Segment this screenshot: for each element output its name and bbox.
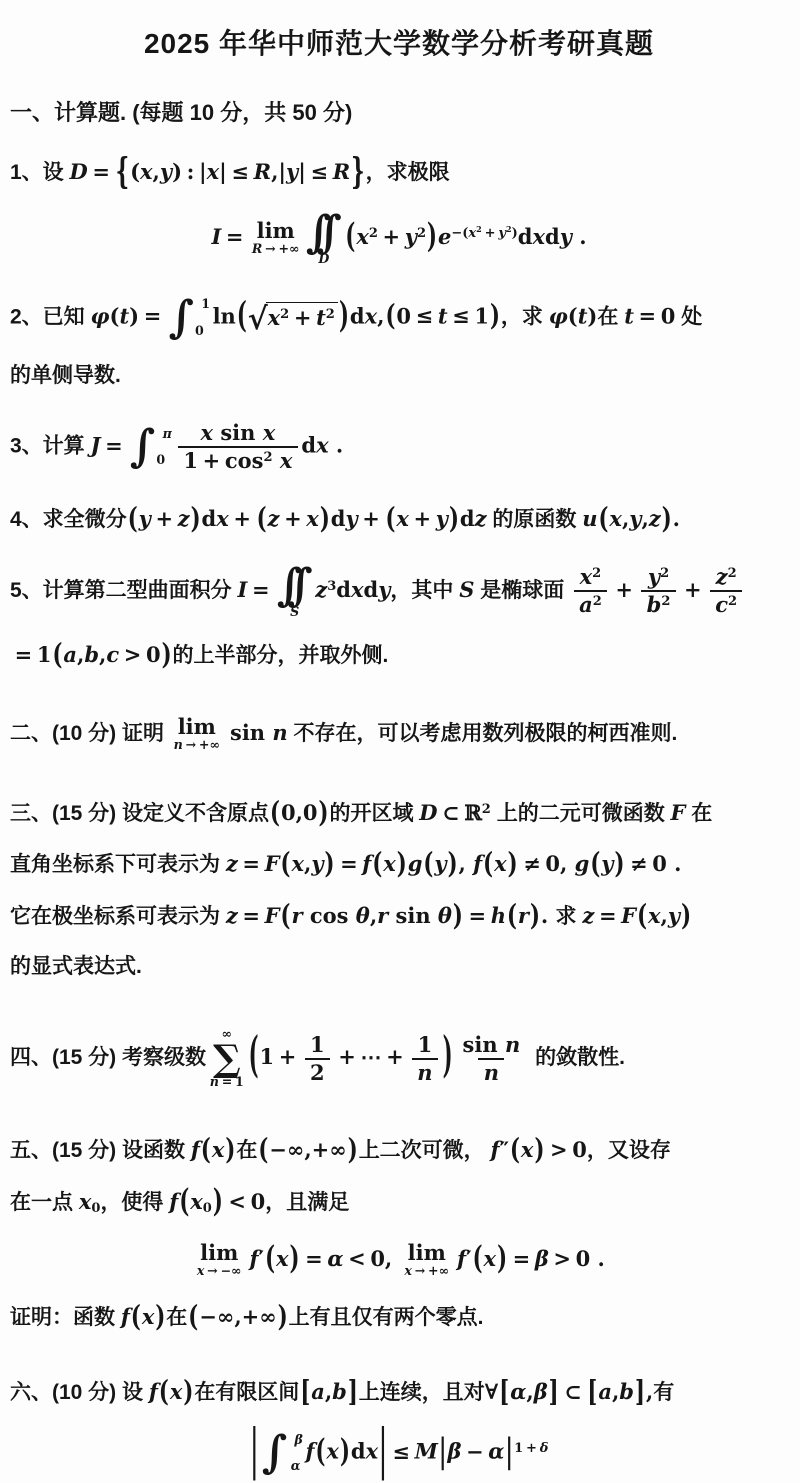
math-variable: α — [488, 1439, 504, 1464]
math-variable: f — [491, 1137, 500, 1162]
math-variable: x — [396, 506, 409, 531]
fraction: y2b2 — [641, 564, 675, 618]
big-delimiter: } — [351, 147, 365, 195]
limits-construct: ∞∑n=1 — [210, 1027, 244, 1090]
math-variable: n — [210, 1074, 219, 1089]
limits-construct: limx→+∞ — [404, 1242, 449, 1279]
big-delimiter: ) — [681, 895, 691, 935]
math-roman: +∞ — [278, 241, 299, 256]
math-roman: 0 — [661, 303, 676, 328]
math-variable: F — [671, 800, 686, 825]
big-delimiter: ) — [662, 498, 672, 538]
math-roman: . — [590, 1246, 605, 1271]
math-variable: x — [316, 433, 329, 458]
math-variable: b — [332, 1379, 347, 1404]
text-run: ，又设存 — [587, 1139, 671, 1162]
math-variable: r — [518, 903, 529, 928]
math-variable: t — [438, 303, 448, 328]
big-delimiter: ( — [510, 1130, 520, 1170]
math-roman: ℝ — [464, 800, 481, 825]
math-variable: z — [716, 564, 728, 589]
q2-statement: 2、已知 φ(t)=∫10ln(√x2+t2)dx,(0≤t≤1)，求 φ(t)… — [10, 296, 788, 340]
math-operator: + — [294, 305, 312, 330]
big-delimiter: ) — [225, 1130, 235, 1170]
math-variable: y — [560, 224, 572, 249]
math-variable: f — [121, 1304, 130, 1329]
superscript: 3 — [327, 578, 336, 593]
math-roman: 1 — [514, 1441, 523, 1456]
math-operator: + — [203, 448, 221, 473]
big-delimiter: | — [379, 1413, 387, 1483]
math-roman: d — [364, 577, 379, 602]
math-operator: = — [599, 903, 617, 928]
math-operator: + — [233, 506, 251, 531]
math-roman: . — [572, 224, 587, 249]
text-run: ，求极限 — [366, 161, 450, 184]
math-variable: a — [598, 1379, 612, 1404]
math-variable: b — [647, 592, 662, 617]
math-roman: | — [219, 159, 227, 184]
math-variable: β — [535, 1246, 549, 1271]
integral: ∫∫S — [277, 564, 313, 619]
math-roman: 2 — [417, 226, 426, 241]
math-variable: R — [333, 159, 350, 184]
math-operator: = — [226, 224, 244, 249]
math-variable: f — [191, 1137, 200, 1162]
big-delimiter: ] — [549, 1372, 559, 1412]
math-variable: x — [494, 851, 507, 876]
math-operator: → — [207, 1263, 218, 1278]
text-run: 证明：函数 — [10, 1306, 121, 1329]
big-delimiter: ( — [179, 1180, 189, 1223]
section3-problem-line2: 直角坐标系下可表示为 z=F(x,y)=f(x)g(y), f(x)≠0, g(… — [10, 850, 788, 879]
text-run: 在有限区间 — [194, 1381, 299, 1404]
text-run: 是椭球面 — [474, 579, 570, 602]
math-variable: e — [438, 224, 451, 249]
math-operator: ≤ — [310, 159, 328, 184]
q3-statement: 3、计算 J=∫π0x sin x1+cos2 xdx . — [10, 420, 788, 474]
fraction: z2c2 — [710, 564, 742, 618]
integral: ∫π0 — [130, 425, 172, 469]
subscript: 0 — [203, 1200, 212, 1215]
math-operator: ≤ — [392, 1439, 410, 1464]
math-variable: b — [84, 642, 99, 667]
math-variable: t — [316, 305, 326, 330]
math-roman: , — [459, 851, 474, 876]
math-roman: ( — [130, 159, 140, 184]
section3-problem-line4: 的显式表达式. — [10, 953, 788, 981]
math-roman: 2 — [263, 450, 272, 465]
math-roman: sin — [463, 1032, 505, 1057]
math-variable: S — [290, 604, 299, 619]
math-roman: 2 — [592, 566, 601, 581]
math-roman: ( — [568, 303, 578, 328]
math-roman: | — [298, 159, 306, 184]
math-variable: c — [715, 592, 728, 617]
math-variable: n — [174, 737, 183, 752]
math-variable: R — [252, 241, 262, 256]
math-roman: ( — [110, 303, 120, 328]
math-roman: sin — [230, 720, 272, 745]
big-delimiter: ( — [372, 844, 382, 884]
math-variable: z — [649, 506, 661, 531]
math-variable: x — [351, 577, 364, 602]
math-roman: , — [560, 851, 575, 876]
math-variable: F — [265, 851, 280, 876]
text-run: 上的二元可微函数 — [491, 802, 671, 825]
math-variable: D — [419, 800, 437, 825]
math-variable: x — [366, 1439, 379, 1464]
section5-conclusion: 证明：函数 f(x)在(−∞,+∞)上有且仅有两个零点. — [10, 1303, 788, 1332]
text-run: 四、(15 分) 考察级数 — [10, 1046, 206, 1069]
math-roman: , — [661, 903, 668, 928]
math-roman: . — [329, 433, 344, 458]
big-delimiter: ] — [635, 1372, 645, 1412]
big-delimiter: { — [116, 147, 130, 195]
math-roman: 1 — [201, 296, 210, 311]
big-delimiter: ) — [290, 1237, 300, 1280]
big-delimiter: ) — [490, 296, 500, 336]
fraction: 1n — [412, 1032, 438, 1086]
big-delimiter: ) — [530, 895, 540, 935]
math-variable: f — [249, 1246, 258, 1271]
math-variable: y — [436, 506, 448, 531]
section5-problem: 五、(15 分) 设函数 f(x)在(−∞,+∞)上二次可微， f″(x)>0，… — [10, 1136, 788, 1165]
math-variable: x — [365, 303, 378, 328]
superscript: 2 — [482, 801, 491, 816]
exam-title: 2025 年华中师范大学数学分析考研真题 — [10, 22, 788, 62]
math-roman: 0 — [146, 642, 161, 667]
math-variable: y — [286, 159, 298, 184]
math-operator: ⊂ — [564, 1379, 582, 1404]
math-variable: x — [306, 506, 319, 531]
big-delimiter: | — [251, 1413, 259, 1483]
math-roman: 2 — [476, 224, 482, 234]
big-delimiter: ) — [348, 1130, 358, 1170]
q4-statement: 4、求全微分(y+z)dx+(z+x)dy+(x+y)dz 的原函数 u(x,y… — [10, 505, 788, 534]
text-run: 有 — [653, 1381, 674, 1404]
fraction: sin nn — [457, 1032, 525, 1086]
math-variable: x — [276, 1246, 289, 1271]
math-roman: 2 — [326, 307, 335, 322]
math-roman: . — [673, 506, 680, 531]
text-run: 在 — [685, 802, 712, 825]
text-run: 直角坐标系下可表示为 — [10, 853, 226, 876]
math-roman: 1 — [418, 1032, 433, 1057]
superscript: 2 — [728, 593, 737, 608]
big-delimiter: ( — [201, 1130, 211, 1170]
big-delimiter: ) — [427, 214, 437, 259]
math-operator: − — [466, 1439, 484, 1464]
superscript: 2 — [728, 565, 737, 580]
math-operator: = — [92, 159, 110, 184]
big-delimiter: ( — [483, 844, 493, 884]
math-variable: g — [408, 851, 423, 876]
superscript: −(x2+y2) — [451, 225, 517, 240]
math-operator: < — [348, 1246, 366, 1271]
math-operator: = — [305, 1246, 323, 1271]
big-delimiter: ( — [637, 895, 647, 935]
math-roman: ⋯ — [360, 1044, 381, 1069]
text-run: 在一点 — [10, 1191, 79, 1214]
big-delimiter: ) — [614, 844, 624, 884]
math-variable: y — [139, 506, 151, 531]
math-variable: y — [311, 851, 323, 876]
math-roman: d — [460, 506, 475, 531]
math-variable: f — [457, 1246, 466, 1271]
math-roman: ∀ — [485, 1379, 498, 1404]
text-run: 不存在，可以考虑用数列极限的柯西准则. — [288, 722, 678, 745]
section6-problem: 六、(10 分) 设 f(x)在有限区间[a,b]上连续，且对∀[α,β]⊂[a… — [10, 1378, 788, 1407]
big-delimiter: ( — [423, 844, 433, 884]
math-variable: a — [579, 592, 593, 617]
math-roman: 0 — [251, 1189, 266, 1214]
superscript: 2 — [326, 306, 335, 321]
math-variable: α — [510, 1379, 526, 1404]
big-delimiter: ( — [598, 498, 608, 538]
big-delimiter: ( — [315, 1430, 325, 1473]
big-delimiter: | — [439, 1429, 447, 1474]
math-roman: 0 — [203, 1201, 212, 1216]
math-variable: y — [405, 224, 417, 249]
superscript: 2 — [263, 449, 272, 464]
math-variable: u — [582, 506, 597, 531]
limits-construct: limR→+∞ — [252, 220, 300, 257]
math-roman: 0 — [281, 800, 296, 825]
math-roman — [273, 448, 280, 473]
math-roman: ″ — [500, 1137, 509, 1162]
math-operator: + — [414, 506, 432, 531]
math-roman: d — [202, 506, 217, 531]
big-delimiter: ( — [159, 1372, 169, 1412]
math-roman: −( — [451, 226, 468, 241]
math-variable: f — [305, 1439, 314, 1464]
math-roman: . — [667, 851, 682, 876]
superscript: 1+δ — [514, 1440, 548, 1455]
superscript: 2 — [661, 593, 670, 608]
math-roman: ′ — [466, 1246, 472, 1271]
math-roman: 1 — [235, 1074, 244, 1089]
math-variable: θ — [356, 903, 370, 928]
math-variable: S — [459, 577, 474, 602]
big-delimiter: ) — [397, 844, 407, 884]
section5-problem-line2: 在一点 x0，使得 f(x0)<0，且满足 — [10, 1188, 788, 1218]
big-delimiter: ( — [345, 214, 355, 259]
math-roman: ) — [172, 159, 182, 184]
big-delimiter: ) — [155, 1296, 165, 1336]
math-variable: z — [582, 903, 594, 928]
big-delimiter: [ — [499, 1372, 509, 1412]
math-variable: g — [575, 851, 590, 876]
big-delimiter: ( — [281, 895, 291, 935]
fraction: 12 — [305, 1032, 330, 1086]
big-delimiter: ) — [340, 1430, 350, 1473]
big-delimiter: ) — [191, 498, 201, 538]
integral: ∫10 — [168, 296, 210, 340]
big-delimiter: ) — [453, 895, 463, 935]
math-operator: ⊂ — [442, 800, 460, 825]
math-operator: + — [284, 506, 302, 531]
math-variable: y — [629, 506, 641, 531]
superscript: 2 — [280, 306, 289, 321]
math-roman: 2 — [661, 594, 670, 609]
math-roman: 0 — [572, 1137, 587, 1162]
math-roman: sin — [213, 420, 263, 445]
math-roman: d — [331, 506, 346, 531]
math-variable: J — [91, 433, 101, 458]
math-variable: θ — [438, 903, 452, 928]
superscript: 2 — [369, 225, 378, 240]
math-operator: ≤ — [231, 159, 249, 184]
math-roman: 2 — [728, 566, 737, 581]
math-roman: , — [296, 800, 303, 825]
math-operator: + — [526, 1441, 537, 1456]
q2-statement-cont: 的单侧导数. — [10, 362, 788, 390]
math-roman: +∞ — [199, 737, 220, 752]
text-run: 在 — [597, 305, 624, 328]
exam-document: 2025 年华中师范大学数学分析考研真题 一、计算题. (每题 10 分，共 5… — [0, 0, 800, 1475]
square-root: √x2+t2 — [248, 302, 338, 333]
math-variable: I — [211, 224, 221, 249]
math-roman: 1 — [183, 448, 198, 473]
integral: ∫βα — [262, 1431, 303, 1475]
section2-problem: 二、(10 分) 证明 limn→+∞sin n 不存在，可以考虑用数列极限的柯… — [10, 716, 788, 753]
math-roman: ′ — [259, 1246, 265, 1271]
math-operator: + — [338, 1044, 356, 1069]
math-variable: x — [468, 226, 476, 241]
section3-problem-line3: 它在极坐标系可表示为 z=F(r cos θ,r sin θ)=h(r). 求 … — [10, 902, 788, 931]
math-variable: f — [169, 1189, 178, 1214]
math-variable: n — [272, 720, 287, 745]
math-variable: δ — [540, 1441, 549, 1456]
math-operator: ≠ — [630, 851, 648, 876]
math-variable: D — [70, 159, 88, 184]
fraction: x2a2 — [574, 564, 607, 618]
math-roman: 0 — [396, 303, 411, 328]
math-operator: > — [553, 1246, 571, 1271]
math-roman: 1 — [37, 642, 52, 667]
math-variable: β — [295, 1432, 303, 1447]
text-run: 1、设 — [10, 161, 70, 184]
math-variable: x — [142, 1304, 155, 1329]
math-variable: y — [648, 564, 660, 589]
text-run: 2、已知 — [10, 305, 91, 328]
math-variable: x — [268, 305, 281, 330]
big-delimiter: [ — [300, 1372, 310, 1412]
superscript: 2 — [660, 565, 669, 580]
math-variable: x — [648, 903, 661, 928]
math-variable: D — [318, 251, 329, 266]
math-operator: ≤ — [452, 303, 470, 328]
text-run: 的开区域 — [329, 802, 419, 825]
math-operator: + — [362, 506, 380, 531]
math-operator: + — [279, 1044, 297, 1069]
math-roman: | — [278, 159, 286, 184]
q1-statement: 1、设 D={(x,y):|x|≤R,|y|≤R}，求极限 — [10, 158, 788, 187]
math-variable: a — [311, 1379, 325, 1404]
math-variable: x — [521, 1137, 534, 1162]
math-variable: R — [254, 159, 271, 184]
section3-problem: 三、(15 分) 设定义不含原点(0,0)的开区域 D⊂ℝ2 上的二元可微函数 … — [10, 799, 788, 828]
text-run: 它在极坐标系可表示为 — [10, 905, 226, 928]
math-roman: 0, — [370, 1246, 392, 1271]
big-delimiter: ) — [183, 1372, 193, 1412]
big-delimiter: ) — [508, 844, 518, 884]
math-variable: M — [415, 1439, 438, 1464]
math-roman: , — [304, 1137, 311, 1162]
superscript: 2 — [476, 225, 482, 234]
big-delimiter: ) — [278, 1296, 288, 1336]
math-variable: y — [498, 226, 506, 241]
math-roman: 0 — [545, 851, 560, 876]
math-operator: < — [228, 1189, 246, 1214]
math-roman: d — [351, 1439, 366, 1464]
math-roman: , — [526, 1379, 533, 1404]
big-delimiter: ) — [213, 1180, 223, 1223]
superscript: 2 — [593, 593, 602, 608]
math-variable: x — [356, 224, 369, 249]
q1-display-formula: I=limR→+∞∫∫D(x2+y2)e−(x2+y2)dxdy . — [10, 211, 788, 266]
math-roman: d — [350, 303, 365, 328]
big-delimiter: ] — [348, 1372, 358, 1412]
math-variable: x — [207, 159, 220, 184]
math-variable: x — [79, 1189, 92, 1214]
big-delimiter: ( — [52, 635, 62, 675]
math-variable: y — [668, 903, 680, 928]
big-delimiter: ( — [258, 1130, 268, 1170]
math-operator: > — [124, 642, 142, 667]
math-operator: ≤ — [416, 303, 434, 328]
math-roman: 2 — [310, 1060, 325, 1085]
math-variable: x — [140, 159, 153, 184]
math-variable: h — [491, 903, 506, 928]
math-roman: −∞ — [199, 1304, 234, 1329]
big-delimiter: ( — [128, 498, 138, 538]
math-variable: β — [447, 1439, 461, 1464]
math-roman: ln — [213, 303, 236, 328]
math-roman: . — [541, 903, 556, 928]
big-delimiter: ( — [257, 498, 267, 538]
math-variable: x — [197, 1263, 205, 1278]
text-run: ，其中 — [390, 579, 459, 602]
text-run: 处 — [675, 305, 702, 328]
big-delimiter: ) — [448, 844, 458, 884]
math-operator: + — [383, 224, 401, 249]
limits-construct: limx→−∞ — [197, 1242, 242, 1279]
math-variable: z — [475, 506, 487, 531]
big-delimiter: ( — [131, 1296, 141, 1336]
math-variable: n — [505, 1032, 520, 1057]
big-delimiter: ) — [325, 844, 335, 884]
section6-display-formula: |∫βαf(x)dx|≤M|β−α|1+δ — [10, 1431, 788, 1475]
section1-heading: 一、计算题. (每题 10 分，共 50 分) — [10, 98, 788, 128]
math-roman: 2 — [593, 594, 602, 609]
math-roman: | — [199, 159, 207, 184]
math-roman: ) — [587, 303, 597, 328]
text-run: 的上半部分，并取外侧. — [173, 644, 389, 667]
math-variable: x — [190, 1189, 203, 1214]
math-variable: x — [170, 1379, 183, 1404]
math-roman: d — [545, 224, 560, 249]
math-variable: t — [119, 303, 129, 328]
math-variable: φ — [549, 303, 568, 328]
math-variable: f — [362, 851, 371, 876]
math-roman: , — [377, 303, 384, 328]
text-run: ，且满足 — [265, 1191, 349, 1214]
math-roman: 0 — [576, 1246, 591, 1271]
math-roman: 1 — [474, 303, 489, 328]
math-operator: = — [513, 1246, 531, 1271]
